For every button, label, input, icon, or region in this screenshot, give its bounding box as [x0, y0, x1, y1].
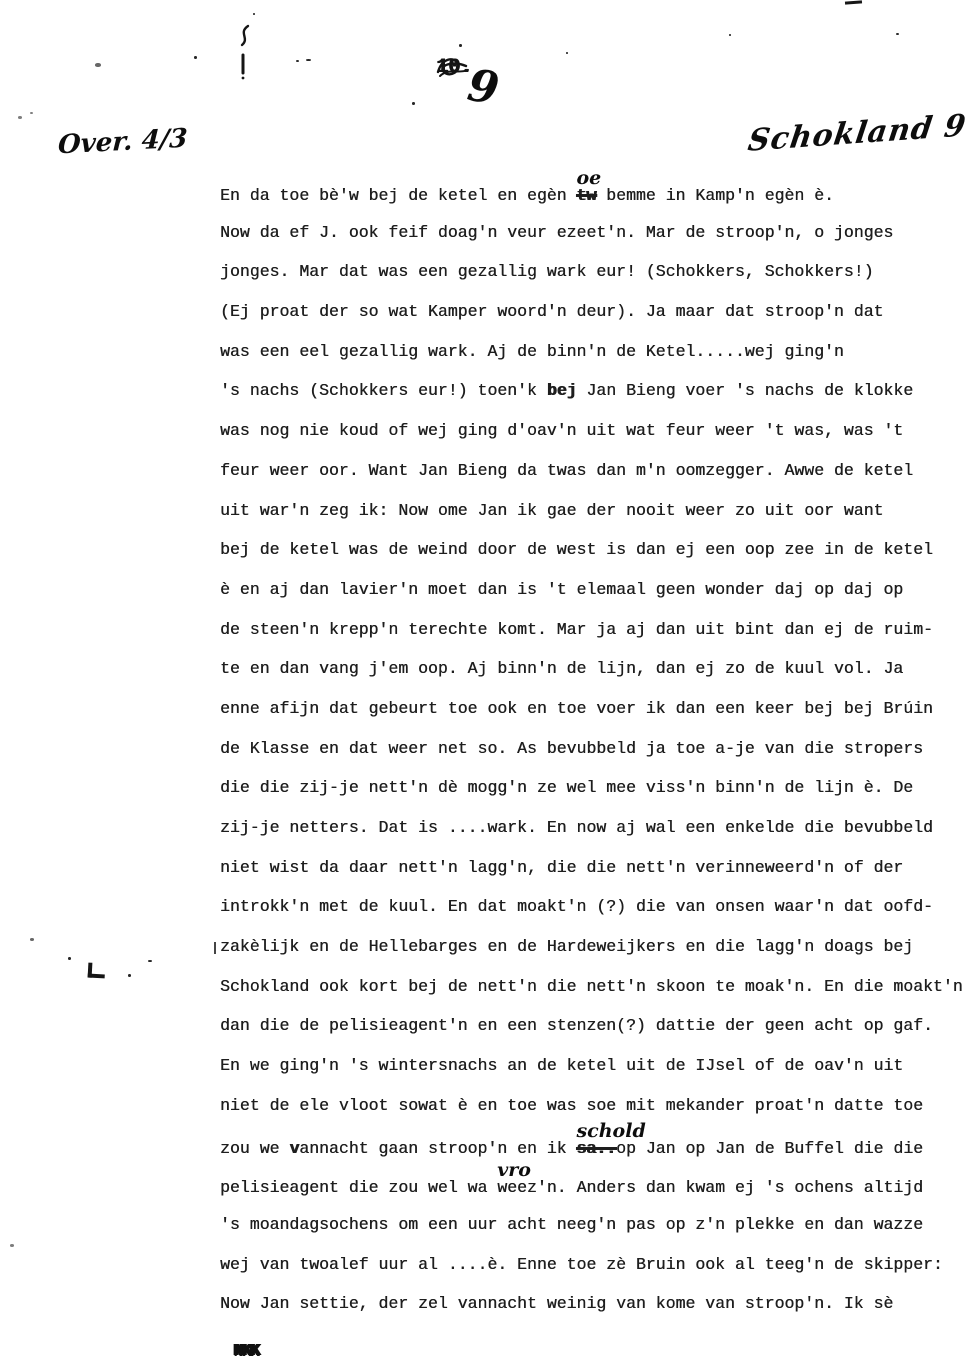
handwritten-annotation-schokland: Schokland 9 [746, 108, 966, 159]
typed-text: zou we [220, 1139, 289, 1158]
typed-line: introkk'n met de kuul. En dat moakt'n (?… [220, 897, 966, 937]
handwritten-annotation-over: Over. 4/3 [57, 124, 188, 161]
typed-line: Now da ef J. ook feif doag'n veur ezeet'… [220, 223, 966, 263]
typed-text: 's moandagsochens om een uur acht neeg'n… [220, 1215, 923, 1234]
ink-speck [18, 116, 22, 119]
typed-line: uit war'n zeg ik: Now ome Jan ik gae der… [220, 501, 966, 541]
typed-text: weez'n. Anders dan kwam ej 's ochens alt… [497, 1178, 923, 1197]
typed-line: niet wist da daar nett'n lagg'n, die die… [220, 858, 966, 898]
typed-text-block: En da toe bè'w bej de ketel en egèn oetw… [220, 183, 966, 1334]
typed-text: die die zij-je nett'n dè mogg'n ze wel m… [220, 778, 913, 797]
typed-text: te en dan vang j'em oop. Aj binn'n de li… [220, 659, 903, 678]
typed-line: bej de ketel was de weind door de west i… [220, 540, 966, 580]
ink-speck [10, 1244, 14, 1247]
typed-text: zakèlijk en de Hellebarges en de Hardewe… [220, 937, 913, 956]
typed-line: dan die de pelisieagent'n en een stenzen… [220, 1016, 966, 1056]
typed-text: op Jan op Jan de Buffel die die [616, 1139, 923, 1158]
handwritten-page-number: 9 [464, 60, 502, 115]
footer-overtyped-mark: NKK [233, 1342, 258, 1361]
typed-line: te en dan vang j'em oop. Aj binn'n de li… [220, 659, 966, 699]
typed-text: annacht gaan stroop'n en ik [299, 1139, 576, 1158]
typed-line: jonges. Mar dat was een gezallig wark eu… [220, 262, 966, 302]
ink-speck [729, 34, 731, 36]
typed-line: die die zij-je nett'n dè mogg'n ze wel m… [220, 778, 966, 818]
ink-speck [30, 938, 34, 941]
typed-line: zakèlijk en de Hellebarges en de Hardewe… [220, 937, 966, 977]
ink-speck [95, 63, 101, 67]
typed-text: niet de ele vloot sowat è en toe was soe… [220, 1096, 923, 1115]
typed-text: uit war'n zeg ik: Now ome Jan ik gae der… [220, 501, 883, 520]
typed-text: Schokland ook kort bej de nett'n die net… [220, 977, 963, 996]
typed-text: introkk'n met de kuul. En dat moakt'n (?… [220, 897, 933, 916]
typed-text: zij-je netters. Dat is ....wark. En now … [220, 818, 933, 837]
typed-line: was nog nie koud of wej ging d'oav'n uit… [220, 421, 966, 461]
ink-speck [896, 33, 899, 35]
ink-dash-mark [845, 0, 862, 4]
typed-line: de Klasse en dat weer net so. As bevubbe… [220, 739, 966, 779]
typed-text: Now Jan settie, der zel vannacht weinig … [220, 1294, 893, 1313]
typed-text: de Klasse en dat weer net so. As bevubbe… [220, 739, 923, 758]
typed-text: (Ej proat der so wat Kamper woord'n deur… [220, 302, 883, 321]
typed-line: En da toe bè'w bej de ketel en egèn oetw… [220, 183, 966, 223]
ink-squiggle-mark [233, 23, 257, 81]
typed-text: 's nachs (Schokkers eur!) toen'k [220, 381, 547, 400]
ink-speck [194, 56, 197, 59]
typed-text: bemme in Kamp'n egèn è. [596, 186, 834, 205]
typed-text: pelisieagent die zou wel wa [220, 1178, 497, 1197]
ink-speck [30, 112, 33, 114]
scanned-document-page: 10. 9 Schokland 9 Over. 4/3 En da toe bè… [0, 0, 966, 1370]
typed-line: wej van twoalef uur al ....è. Enne toe z… [220, 1255, 966, 1295]
typed-line: (Ej proat der so wat Kamper woord'n deur… [220, 302, 966, 342]
typed-text: feur weer oor. Want Jan Bieng da twas da… [220, 461, 913, 480]
typed-line: En we ging'n 's wintersnachs an de ketel… [220, 1056, 966, 1096]
typed-text: jonges. Mar dat was een gezallig wark eu… [220, 262, 874, 281]
typed-line: 's moandagsochens om een uur acht neeg'n… [220, 1215, 966, 1255]
typed-line: feur weer oor. Want Jan Bieng da twas da… [220, 461, 966, 501]
typed-line: 's nachs (Schokkers eur!) toen'k bej Jan… [220, 381, 966, 421]
ink-speck [68, 957, 71, 960]
ink-bracket-mark [88, 963, 106, 979]
typed-line: è en aj dan lavier'n moet dan is 't elem… [220, 580, 966, 620]
typed-line: zij-je netters. Dat is ....wark. En now … [220, 818, 966, 858]
typed-line: enne afijn dat gebeurt toe ook en toe vo… [220, 699, 966, 739]
typed-text: de steen'n krepp'n terechte komt. Mar ja… [220, 620, 933, 639]
ink-speck [253, 13, 255, 15]
typed-text: Now da ef J. ook feif doag'n veur ezeet'… [220, 223, 893, 242]
typed-text: was een eel gezallig wark. Aj de binn'n … [220, 342, 844, 361]
typed-line: pelisieagent die zou wel wa vroweez'n. A… [220, 1175, 966, 1215]
typed-text: En da toe bè'w bej de ketel en egèn [220, 186, 576, 205]
ink-speck [306, 59, 311, 61]
ink-speck [128, 974, 131, 977]
typed-line: de steen'n krepp'n terechte komt. Mar ja… [220, 620, 966, 660]
typed-text: wej van twoalef uur al ....è. Enne toe z… [220, 1255, 943, 1274]
typed-text: enne afijn dat gebeurt toe ook en toe vo… [220, 699, 933, 718]
ink-speck [296, 60, 299, 62]
ink-speck [459, 44, 462, 47]
ink-speck [412, 102, 415, 105]
typed-text: was nog nie koud of wej ging d'oav'n uit… [220, 421, 903, 440]
typed-line: zou we vannacht gaan stroop'n en ik scho… [220, 1136, 966, 1176]
ink-speck [566, 52, 568, 54]
typed-line: Now Jan settie, der zel vannacht weinig … [220, 1294, 966, 1334]
typed-text: v [289, 1139, 299, 1158]
typed-line: was een eel gezallig wark. Aj de binn'n … [220, 342, 966, 382]
typed-line: Schokland ook kort bej de nett'n die net… [220, 977, 966, 1017]
typed-text: niet wist da daar nett'n lagg'n, die die… [220, 858, 903, 877]
typed-text: dan die de pelisieagent'n en een stenzen… [220, 1016, 933, 1035]
typed-text: bej de ketel was de weind door de west i… [220, 540, 933, 559]
ink-speck [148, 960, 152, 962]
typed-text: bej [547, 381, 577, 400]
typed-text: En we ging'n 's wintersnachs an de ketel… [220, 1056, 903, 1075]
ink-stroke-mark [214, 942, 216, 954]
typed-text: Jan Bieng voer 's nachs de klokke [576, 381, 913, 400]
typed-text: è en aj dan lavier'n moet dan is 't elem… [220, 580, 903, 599]
